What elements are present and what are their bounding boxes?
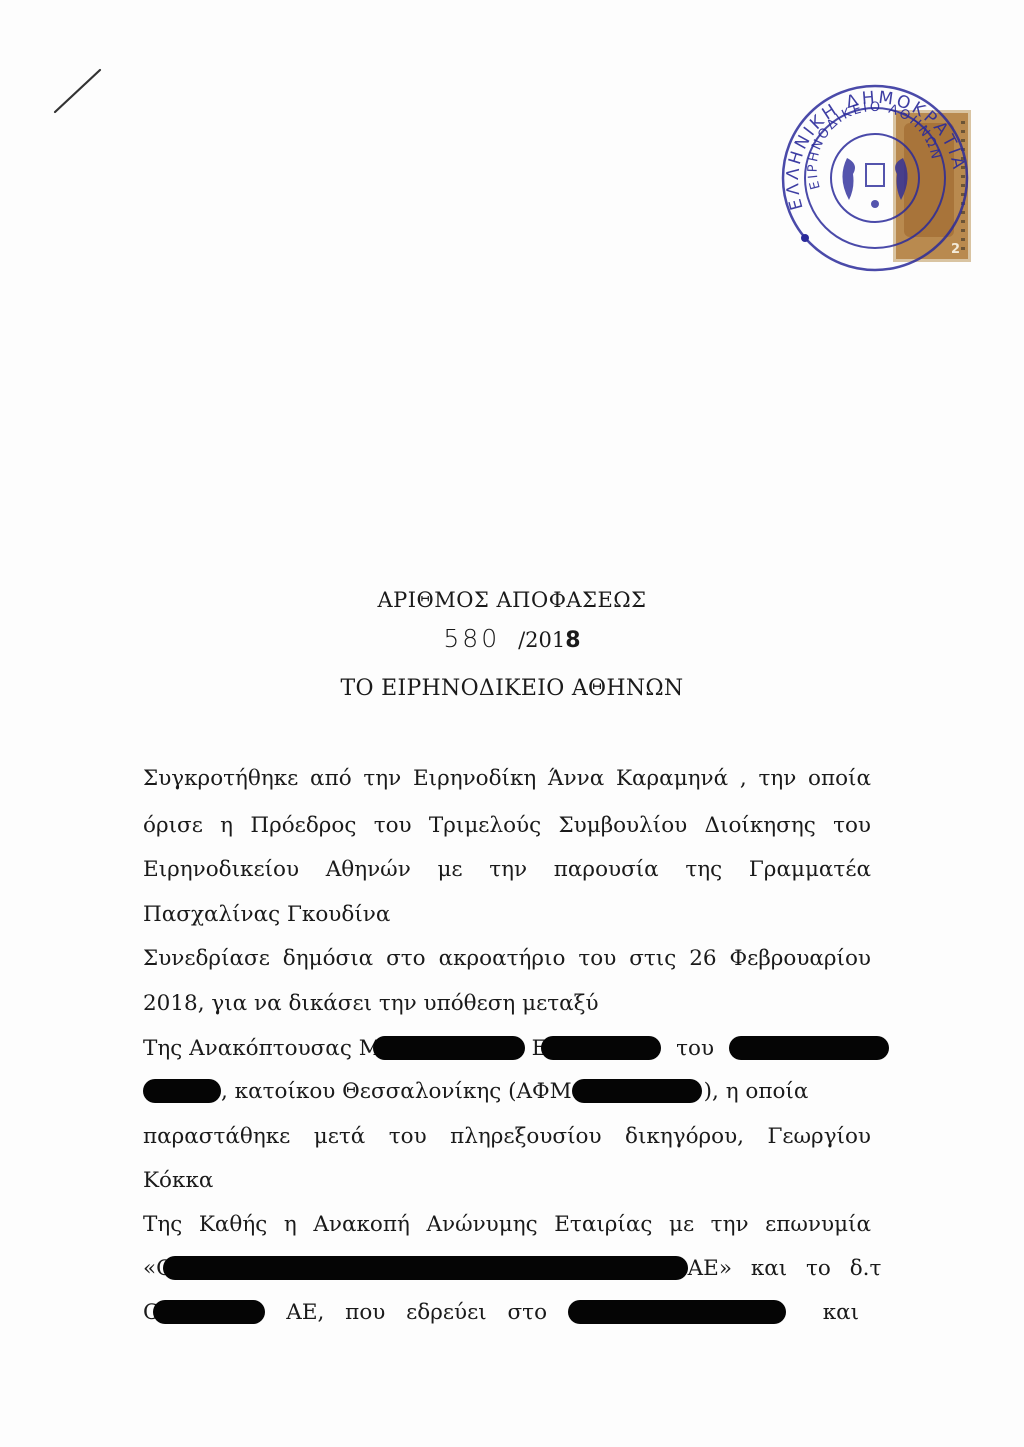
decision-number-title: ΑΡΙΘΜΟΣ ΑΠΟΦΑΣΕΩΣ [0, 588, 1024, 612]
redaction-block [143, 1079, 221, 1103]
redaction-block [541, 1036, 661, 1060]
official-stamp: 2 ΕΛΛΗΝΙΚΗ ΔΗΜΟΚΡΑΤΙΑ ΕΙΡΗΝΟΔΙΚΕΙΟ ΑΘΗΝΩ… [775, 78, 1000, 278]
redaction-block [153, 1300, 265, 1324]
redaction-block [572, 1079, 702, 1103]
handwritten-decision-number: 580 [443, 624, 500, 653]
plaintiff-line-4: Κόκκα [143, 1166, 871, 1196]
plaintiff-line-3: παραστάθηκε μετά του πληρεξουσίου δικηγό… [143, 1122, 871, 1152]
court-seal-icon: ΕΛΛΗΝΙΚΗ ΔΗΜΟΚΡΑΤΙΑ ΕΙΡΗΝΟΔΙΚΕΙΟ ΑΘΗΝΩΝ [775, 78, 975, 278]
redaction-block [373, 1036, 525, 1060]
redaction-block [568, 1300, 786, 1324]
composition-line-2: όρισε η Πρόεδρος του Τριμελούς Συμβουλίο… [143, 811, 871, 841]
session-line-2: 2018, για να δικάσει την υπόθεση μεταξύ [143, 989, 871, 1019]
composition-line-3: Ειρηνοδικείου Αθηνών με την παρουσία της… [143, 855, 871, 885]
plaintiff-line-1: Της Ανακόπτουσας Μ Ε του [143, 1034, 871, 1064]
year-prefix: /201 [518, 628, 565, 652]
defendant-line-3: C ΑΕ, που εδρεύει στο και [143, 1298, 871, 1328]
defendant-line-1: Της Καθής η Ανακοπή Ανώνυμης Εταιρίας με… [143, 1210, 871, 1240]
redaction-block [729, 1036, 889, 1060]
decision-number: 580/2018 [0, 624, 1024, 653]
composition-line-4: Πασχαλίνας Γκουδίνα [143, 900, 871, 930]
document-page: 2 ΕΛΛΗΝΙΚΗ ΔΗΜΟΚΡΑΤΙΑ ΕΙΡΗΝΟΔΙΚΕΙΟ ΑΘΗΝΩ… [0, 0, 1024, 1447]
plaintiff-line-2: , κατοίκου Θεσσαλονίκης (ΑΦΜ), η οποία [143, 1077, 871, 1107]
pen-stroke-mark [52, 66, 104, 116]
session-line-1: Συνεδρίασε δημόσια στο ακροατήριο του στ… [143, 944, 871, 974]
court-name: ΤΟ ΕΙΡΗΝΟΔΙΚΕΙΟ ΑΘΗΝΩΝ [0, 676, 1024, 701]
composition-line-1: Συγκροτήθηκε από την Ειρηνοδίκη Άννα Καρ… [143, 764, 871, 794]
defendant-line-2: «CΑΕ» και το δ.τ [143, 1254, 871, 1284]
handwritten-year-digit: 8 [565, 628, 580, 653]
redaction-block [163, 1256, 688, 1280]
